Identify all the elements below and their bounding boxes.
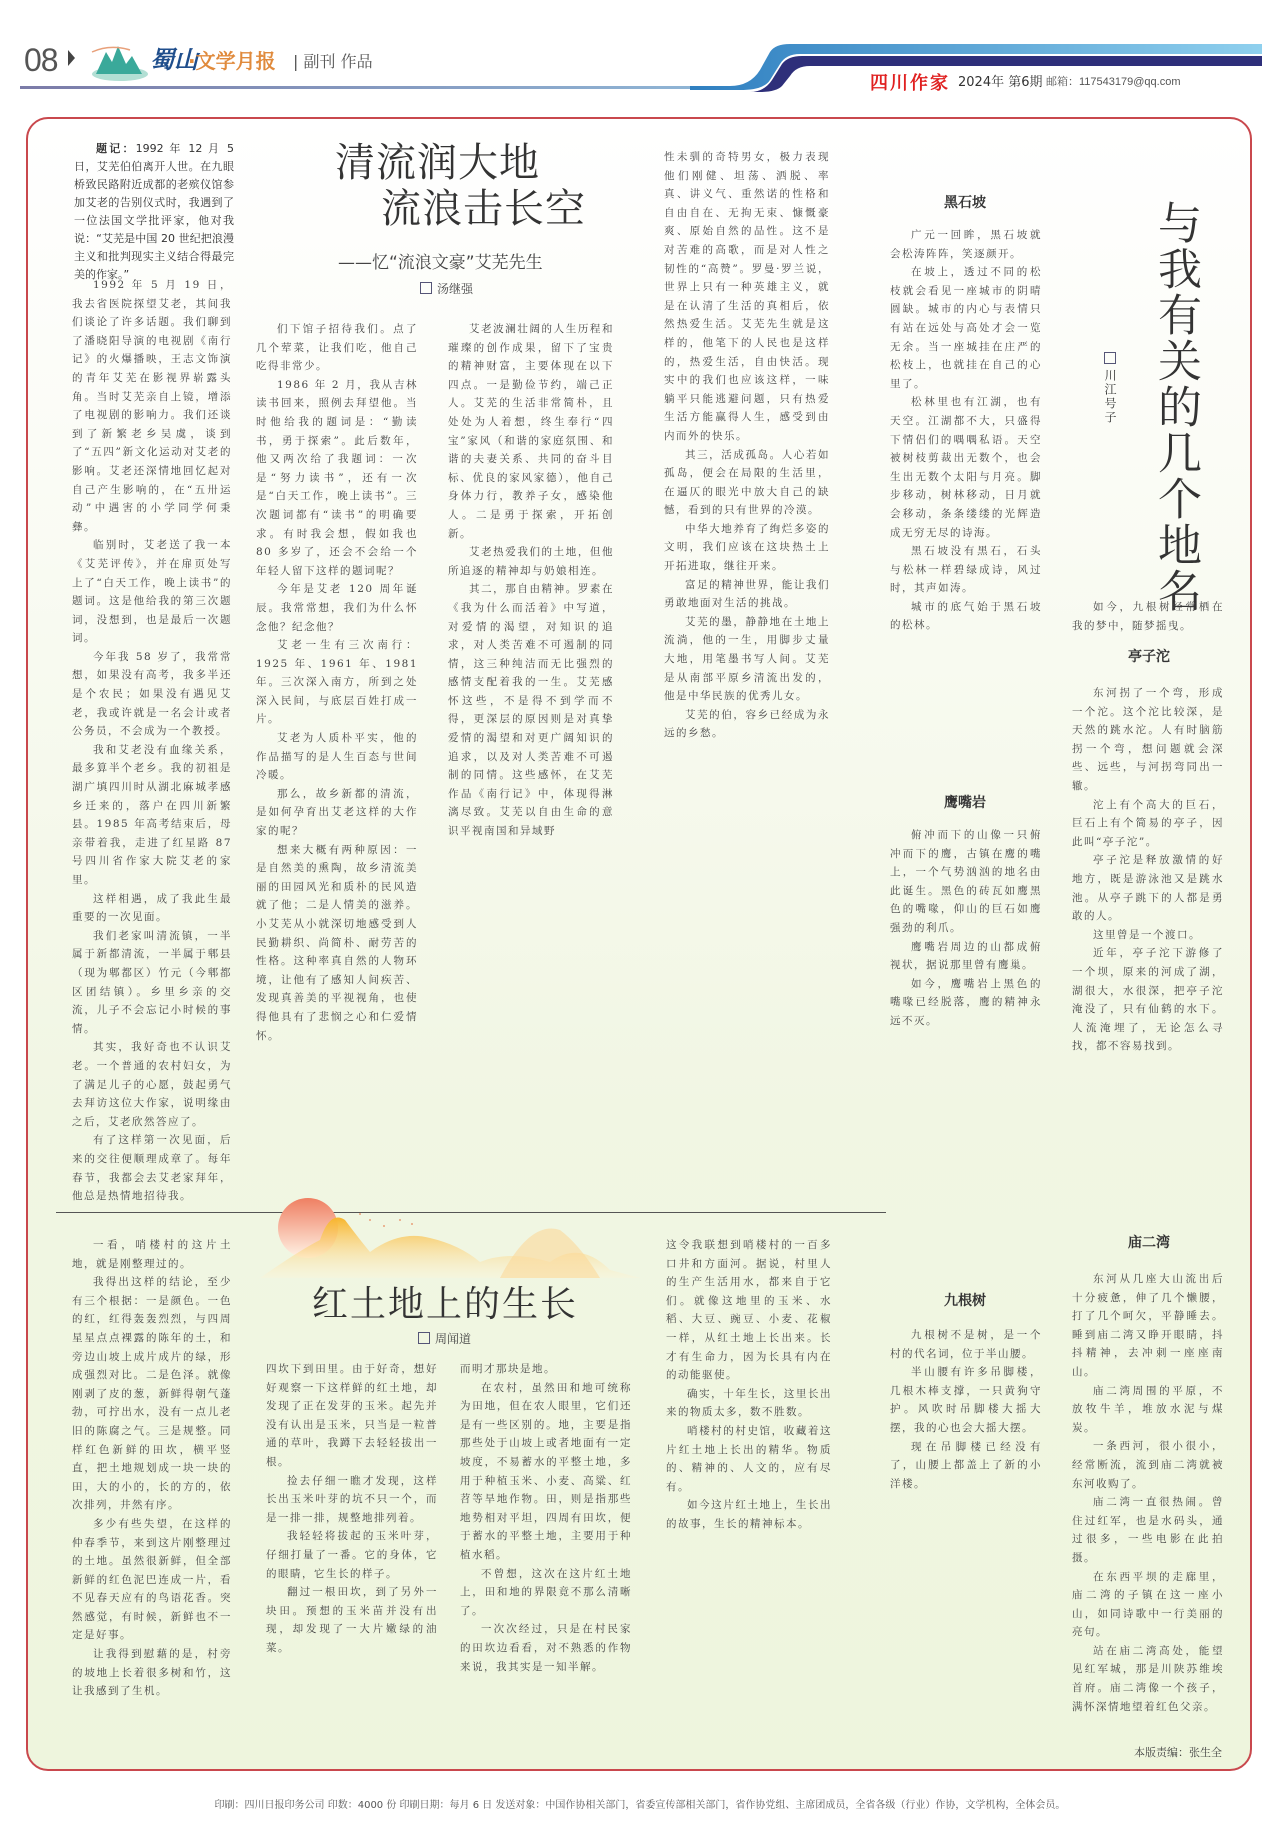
article1-author: 汤继强 bbox=[420, 280, 473, 297]
paragraph: 在坡上，透过不同的松枝就会看见一座城市的阴晴圆缺。城市的内心与表情只有站在远处与… bbox=[890, 263, 1042, 393]
paragraph: 这样相遇，成了我此生最重要的一次见面。 bbox=[72, 890, 232, 927]
article2-author: 川江号子 bbox=[1102, 352, 1119, 425]
page-number: 08 bbox=[24, 42, 58, 79]
section-tingzituo: 东河拐了一个弯，形成一个沱。这个沱比较深，是天然的跳水沱。人有时脑筋拐一个弯，想… bbox=[1072, 684, 1224, 1056]
paragraph: 我和艾老没有血缘关系，最多算半个老乡。我的初祖是湖广填四川时从湖北麻城孝感乡迁来… bbox=[72, 741, 232, 890]
paragraph: 庙二湾周围的平原，不放牧牛羊，堆放水泥与煤炭。 bbox=[1072, 1382, 1224, 1438]
preface-text: 1992 年 12 月 5 日，艾芜伯伯离开人世。在九眼桥致民路附近成都的老殡仪… bbox=[74, 142, 234, 281]
paragraph: 松林里也有江湖，也有天空。江湖都不大，只盛得下情侣们的喁喁私语。天空被树枝剪裁出… bbox=[890, 393, 1042, 542]
paragraph: 东河拐了一个弯，形成一个沱。这个沱比较深，是天然的跳水沱。人有时脑筋拐一个弯，想… bbox=[1072, 684, 1224, 796]
paragraph: 黑石坡没有黑石，石头与松林一样碧绿成诗，风过时，其声如涛。 bbox=[890, 542, 1042, 598]
paragraph: 广元一回眸，黑石坡就会松涛阵阵，笑逐颜开。 bbox=[890, 226, 1042, 263]
paragraph: 们下馆子招待我们。点了几个荤菜，让我们吃，他自己吃得非常少。 bbox=[256, 320, 418, 376]
section-heading-heishipo: 黑石坡 bbox=[880, 192, 1050, 212]
section-jiugenshu-end: 如今，九根树经常栖在我的梦中，随梦摇曳。 bbox=[1072, 598, 1224, 635]
paragraph: 让我得到慰藉的是，村旁的坡地上长着很多树和竹，这让我感到了生机。 bbox=[72, 1645, 232, 1701]
paragraph: 东河从几座大山流出后十分疲惫，伸了几个懒腰，打了几个呵欠，平静睡去。睡到庙二湾又… bbox=[1072, 1270, 1224, 1382]
paragraph: 我们老家叫清流镇，一半属于新都清流，一半属于郫县（现为郫都区）竹元（今郫都区团结… bbox=[72, 927, 232, 1039]
paragraph: 其三，活成孤岛。人心若如孤岛，便会在局限的生活里，在逼仄的眼光中放大自己的缺憾，… bbox=[664, 446, 830, 520]
article3-column-3: 而明才那块是地。 在农村，虽然田和地可统称为田地，但在农人眼里，它们还是有一些区… bbox=[460, 1360, 632, 1676]
sunset-mountains-illustration bbox=[250, 1190, 640, 1280]
mountain-logo-icon bbox=[90, 40, 150, 82]
article1-title-line2: 流浪击长空 bbox=[335, 186, 586, 232]
article2-title: 与我有关的几个地名 bbox=[1152, 200, 1200, 614]
article3-column-1: 一看，哨楼村的这片土地，就是刚整理过的。 我得出这样的结论，至少有三个根据：一是… bbox=[72, 1236, 232, 1701]
preface-label: 题记： bbox=[96, 142, 136, 155]
paragraph: 如今这片红土地上，生长出的故事，生长的精神标本。 bbox=[666, 1496, 832, 1533]
paragraph: 中华大地养育了绚烂多姿的文明，我们应该在这块热土上开拓进取，继往开来。 bbox=[664, 520, 830, 576]
paragraph: 今年是艾老 120 周年诞辰。我常常想，我们为什么怀念他？纪念他？ bbox=[256, 580, 418, 636]
paragraph: 我得出这样的结论，至少有三个根据：一是颜色。一色的红，红得轰轰烈烈，与四周星星点… bbox=[72, 1273, 232, 1515]
author-box-icon bbox=[420, 282, 432, 294]
section-heading-tingzituo: 亭子沱 bbox=[1064, 646, 1234, 666]
paragraph: 在农村，虽然田和地可统称为田地，但在农人眼里，它们还是有一些区别的。地，主要是指… bbox=[460, 1379, 632, 1565]
paragraph: 九根树不是树，是一个村的代名词，位于半山腰。 bbox=[890, 1326, 1042, 1363]
article1-subtitle: ——忆“流浪文豪”艾芜先生 bbox=[338, 248, 543, 273]
page-arrow-icon bbox=[68, 50, 75, 66]
paragraph: 翻过一根田坎，到了另外一块田。预想的玉米苗并没有出现，却发现了一大片嫩绿的油菜。 bbox=[266, 1583, 438, 1657]
page-footer: 印刷：四川日报印务公司 印数：4000 份 印刷日期：每月 6 日 发送对象：中… bbox=[0, 1796, 1280, 1811]
paragraph: 想来大概有两种原因：一是自然美的熏陶，故乡清流美丽的田园风光和质朴的民风造就了他… bbox=[256, 841, 418, 1046]
paragraph: 半山腰有许多吊脚楼，几根木棒支撑，一只黄狗守护。风吹时吊脚楼大摇大摆，我的心也会… bbox=[890, 1363, 1042, 1437]
page-editor: 本版责编：张生全 bbox=[1134, 1744, 1222, 1760]
paragraph: 其实，我好奇也不认识艾老。一个普通的农村妇女，为了满足儿子的心愿，鼓起勇气去拜访… bbox=[72, 1038, 232, 1131]
paragraph: 而明才那块是地。 bbox=[460, 1360, 632, 1379]
masthead-title: ·文学月报 bbox=[188, 45, 276, 74]
preface: 题记：1992 年 12 月 5 日，艾芜伯伯离开人世。在九眼桥致民路附近成都的… bbox=[74, 140, 234, 284]
author-name: 汤继强 bbox=[437, 282, 473, 296]
paragraph: 沱上有个高大的巨石，巨石上有个简易的亭子，因此叫“亭子沱”。 bbox=[1072, 796, 1224, 852]
article1-column-4: 性未驯的奇特男女，极力表现他们刚健、坦荡、洒脱、率真、讲义气、重然诺的性格和自由… bbox=[664, 148, 830, 743]
issue-number: 2024年 第6期 bbox=[958, 71, 1043, 90]
article1-column-3: 艾老波澜壮阔的人生历程和璀璨的创作成果，留下了宝贵的精神财富，主要体现在以下四点… bbox=[448, 320, 614, 841]
paragraph: 1992 年 5 月 19 日，我去省医院探望艾老，其间我们谈论了许多话题。我们… bbox=[72, 276, 232, 536]
paragraph: 艾老热爱我们的土地，但他所追逐的精神却与奶娘相连。 bbox=[448, 543, 614, 580]
section-jiugenshu: 九根树不是树，是一个村的代名词，位于半山腰。 半山腰有许多吊脚楼，几根木棒支撑，… bbox=[890, 1326, 1042, 1493]
paragraph: 艾老一生有三次南行：1925 年、1961 年、1981 年。三次深入南方，所到… bbox=[256, 636, 418, 729]
section-heading-miaoerwan: 庙二湾 bbox=[1064, 1232, 1234, 1252]
header-rule bbox=[20, 86, 710, 89]
article1-column-1: 1992 年 5 月 19 日，我去省医院探望艾老，其间我们谈论了许多话题。我们… bbox=[72, 276, 232, 1206]
paragraph: 艾芜的伯，容乡已经成为永远的乡愁。 bbox=[664, 706, 830, 743]
paragraph: 这令我联想到哨楼村的一百多口井和方面河。据说，村里人的生产生活用水，都来自于它们… bbox=[666, 1236, 832, 1385]
paragraph: 有了这样第一次见面，后来的交往便顺理成章了。每年春节，我都会去艾老家拜年，他总是… bbox=[72, 1131, 232, 1205]
paragraph: 站在庙二湾高处，能望见红军城，那是川陕苏维埃首府。庙二湾像一个孩子，满怀深情地望… bbox=[1072, 1642, 1224, 1716]
paragraph: 在东西平坝的走廊里，庙二湾的子镇在这一座小山，如同诗歌中一行美丽的亮句。 bbox=[1072, 1568, 1224, 1642]
paragraph: 一条西河，很小很小，经常断流，流到庙二湾就被东河收购了。 bbox=[1072, 1437, 1224, 1493]
paragraph: 庙二湾一直很热闹。曾住过红军，也是水码头，通过很多，一些电影在此拍摄。 bbox=[1072, 1493, 1224, 1567]
author-box-icon bbox=[1104, 352, 1116, 364]
paragraph: 城市的底气始于黑石坡的松林。 bbox=[890, 598, 1042, 635]
section-miaoerwan: 东河从几座大山流出后十分疲惫，伸了几个懒腰，打了几个呵欠，平静睡去。睡到庙二湾又… bbox=[1072, 1270, 1224, 1716]
article1-title: 清流润大地 流浪击长空 bbox=[335, 140, 586, 232]
article1-column-2: 们下馆子招待我们。点了几个荤菜，让我们吃，他自己吃得非常少。 1986 年 2 … bbox=[256, 320, 418, 1045]
section-label: | 副刊 作品 bbox=[293, 49, 373, 72]
author-name: 周闻道 bbox=[435, 1332, 471, 1346]
paragraph: 亭子沱是释放激情的好地方，既是游泳池又是跳水池。从亭子跳下的人都是勇敢的人。 bbox=[1072, 851, 1224, 925]
article3-author: 周闻道 bbox=[418, 1330, 471, 1347]
paragraph: 1986 年 2 月，我从吉林读书回来，照例去拜望他。当时他给我的题词是：“勤读… bbox=[256, 376, 418, 581]
paragraph: 四坎下到田里。由于好奇，想好好观察一下这样鲜的红土地，却发现了正在发芽的玉米。起… bbox=[266, 1360, 438, 1472]
author-box-icon bbox=[418, 1332, 430, 1344]
article3-column-4: 这令我联想到哨楼村的一百多口井和方面河。据说，村里人的生产生活用水，都来自于它们… bbox=[666, 1236, 832, 1534]
paragraph: 多少有些失望，在这样的仲春季节，来到这片刚整理过的土地。虽然很新鲜，但全部新鲜的… bbox=[72, 1515, 232, 1645]
paragraph: 富足的精神世界，能让我们勇敢地面对生活的挑战。 bbox=[664, 576, 830, 613]
paragraph: 一看，哨楼村的这片土地，就是刚整理过的。 bbox=[72, 1236, 232, 1273]
paragraph: 现在吊脚楼已经没有了，山腰上都盖上了新的小洋楼。 bbox=[890, 1438, 1042, 1494]
paragraph: 艾老为人质朴平实，他的作品描写的是人生百态与世间冷暖。 bbox=[256, 729, 418, 785]
paragraph: 那么，故乡新都的清流，是如何孕育出艾老这样的大作家的呢？ bbox=[256, 785, 418, 841]
paragraph: 我轻轻将拔起的玉米叶芽，仔细打量了一番。它的身体，它的眼睛，它生长的样子。 bbox=[266, 1527, 438, 1583]
paragraph: 临别时，艾老送了我一本《艾芜评传》，并在扉页处写上了“白天工作，晚上读书”的题词… bbox=[72, 536, 232, 648]
paragraph: 如今，鹰嘴岩上黑色的嘴喙已经脱落，鹰的精神永远不灭。 bbox=[890, 975, 1042, 1031]
page-header: 08 蜀山 ·文学月报 | 副刊 作品 四川作家 2024年 第6期 邮箱：11… bbox=[0, 0, 1280, 100]
article1-title-line1: 清流润大地 bbox=[335, 140, 540, 186]
contact-email[interactable]: 邮箱：117543179@qq.com bbox=[1046, 73, 1180, 89]
paragraph: 不曾想，这次在这片红土地上，田和地的界限竟不那么清晰了。 bbox=[460, 1565, 632, 1621]
paragraph: 性未驯的奇特男女，极力表现他们刚健、坦荡、洒脱、率真、讲义气、重然诺的性格和自由… bbox=[664, 148, 830, 446]
section-heishipo: 广元一回眸，黑石坡就会松涛阵阵，笑逐颜开。 在坡上，透过不同的松枝就会看见一座城… bbox=[890, 226, 1042, 635]
paragraph: 今年我 58 岁了，我常常想，如果没有高考，我多半还是个农民；如果没有遇见艾老，… bbox=[72, 648, 232, 741]
paragraph: 确实，十年生长，这里长出来的物质太多，数不胜数。 bbox=[666, 1385, 832, 1422]
paragraph: 如今，九根树经常栖在我的梦中，随梦摇曳。 bbox=[1072, 598, 1224, 635]
section-heading-jiugenshu: 九根树 bbox=[880, 1290, 1050, 1310]
paragraph: 艾芜的墨，静静地在土地上流淌，他的一生，用脚步丈量大地，用笔墨书写人间。艾芜是从… bbox=[664, 613, 830, 706]
paragraph: 近年，亭子沱下游修了一个坝，原来的河成了湖，湖很大，水很深，把亭子沱淹没了，只有… bbox=[1072, 944, 1224, 1056]
section-yingzuiyan: 俯冲而下的山像一只俯冲而下的鹰，古镇在鹰的嘴上，一个气势汹汹的地名由此诞生。黑色… bbox=[890, 826, 1042, 1031]
publication-name: 四川作家 bbox=[870, 69, 950, 95]
article3-title: 红土地上的生长 bbox=[312, 1276, 578, 1327]
paragraph: 这里曾是一个渡口。 bbox=[1072, 926, 1224, 945]
article3-column-2: 四坎下到田里。由于好奇，想好好观察一下这样鲜的红土地，却发现了正在发芽的玉米。起… bbox=[266, 1360, 438, 1658]
paragraph: 鹰嘴岩周边的山都成俯视状，据说那里曾有鹰巢。 bbox=[890, 938, 1042, 975]
section-heading-yingzuiyan: 鹰嘴岩 bbox=[880, 792, 1050, 812]
paragraph: 其二，那自由精神。罗素在《我为什么而活着》中写道，对爱情的渴望，对知识的追求，对… bbox=[448, 580, 614, 840]
paragraph: 俯冲而下的山像一只俯冲而下的鹰，古镇在鹰的嘴上，一个气势汹汹的地名由此诞生。黑色… bbox=[890, 826, 1042, 938]
paragraph: 艾老波澜壮阔的人生历程和璀璨的创作成果，留下了宝贵的精神财富，主要体现在以下四点… bbox=[448, 320, 614, 543]
paragraph: 捡去仔细一瞧才发现，这样长出玉米叶芽的坑不只一个，而是一排一排，规整地排列着。 bbox=[266, 1472, 438, 1528]
paragraph: 哨楼村的村史馆，收藏着这片红土地上长出的精华。物质的、精神的、人文的，应有尽有。 bbox=[666, 1422, 832, 1496]
author-name: 川江号子 bbox=[1103, 369, 1117, 425]
paragraph: 一次次经过，只是在村民家的田坎边看看，对不熟悉的作物来说，我其实是一知半解。 bbox=[460, 1620, 632, 1676]
